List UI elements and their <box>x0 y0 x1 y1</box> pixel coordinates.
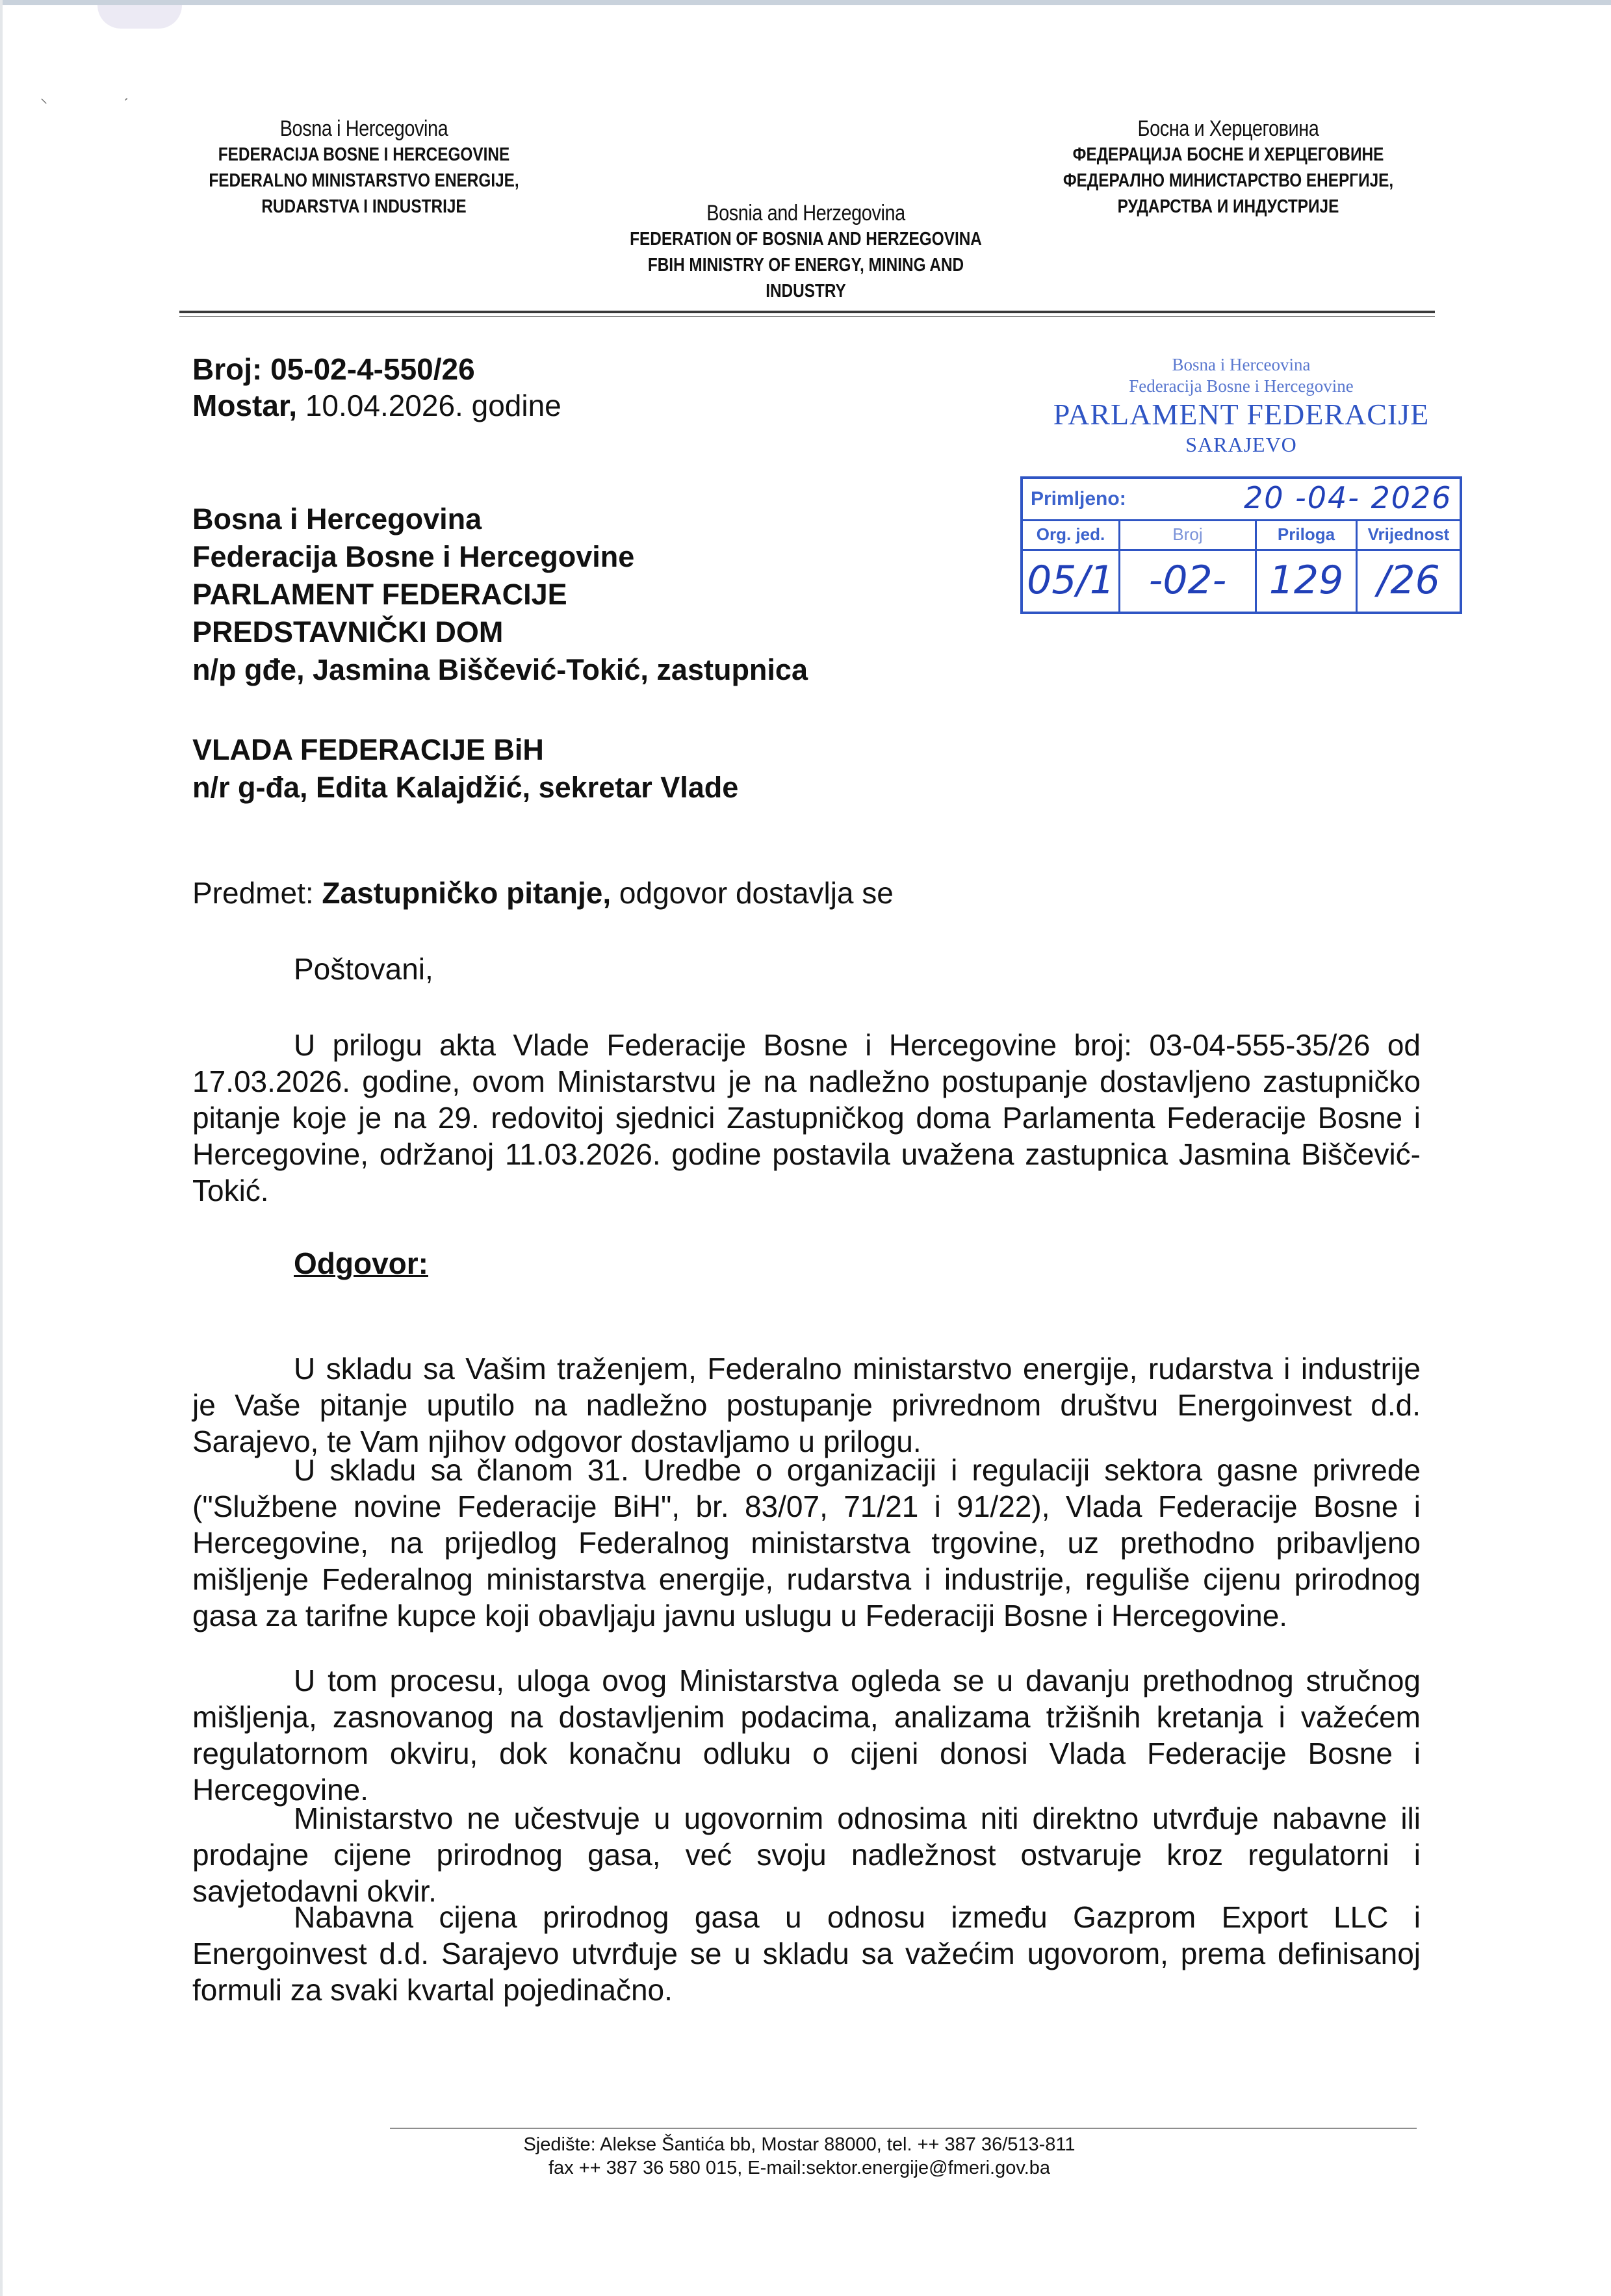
reference-number: 05-02-4-550/26 <box>270 352 475 386</box>
stamp-col-value: 05/1 <box>1023 551 1118 610</box>
scan-smudge <box>97 5 182 29</box>
reference-block: Broj: 05-02-4-550/26 Mostar, 10.04.2026.… <box>192 351 561 424</box>
letterhead-country: Bosna i Hercegovina <box>193 116 535 142</box>
stamp-received-date: 20 -04- 2026 <box>1244 480 1452 515</box>
stamp-col-value: 129 <box>1257 551 1356 610</box>
subject-rest: odgovor dostavlja se <box>611 876 894 910</box>
letterhead-left: Bosna i Hercegovina FEDERACIJA BOSNE I H… <box>162 116 565 220</box>
footer-contact: Sjedište: Alekse Šantića bb, Mostar 8800… <box>390 2133 1209 2180</box>
reference-date: 10.04.2026. godine <box>305 389 561 422</box>
letterhead-ministry-en-cont: INDUSTRY <box>587 278 1024 304</box>
letterhead-federation: FEDERACIJA BOSNE I HERCEGOVINE <box>195 142 534 168</box>
stamp-parliament: PARLAMENT FEDERACIJE <box>1014 397 1469 432</box>
scan-mark: ⸜ <box>40 88 47 107</box>
subject-line: Predmet: Zastupničko pitanje, odgovor do… <box>192 874 894 912</box>
recipient-line: Federacija Bosne i Hercegovine <box>192 538 808 576</box>
scan-mark: ˏ <box>123 84 128 101</box>
letterhead-ministry-cont: RUDARSTVA I INDUSTRIJE <box>195 194 534 220</box>
stamp-col-header: Vrijednost <box>1358 519 1460 551</box>
letterhead-ministry-en: FBIH MINISTRY OF ENERGY, MINING AND <box>587 252 1024 278</box>
stamp-col-number: Broj -02- <box>1120 519 1257 612</box>
answer-paragraph: Nabavna cijena prirodnog gasa u odnosu i… <box>192 1899 1421 2008</box>
recipient-parliament: Bosna i Hercegovina Federacija Bosne i H… <box>192 500 808 689</box>
footer-fax-email: fax ++ 387 36 580 015, E-mail:sektor.ene… <box>390 2156 1209 2180</box>
stamp-federation: Federacija Bosne i Hercegovine <box>1014 375 1469 397</box>
stamp-col-value: /26 <box>1358 551 1460 610</box>
intro-paragraph: U prilogu akta Vlade Federacije Bosne i … <box>192 1027 1421 1209</box>
letterhead-divider-thin <box>179 316 1435 317</box>
recipient-government: VLADA FEDERACIJE BiH n/r g-đa, Edita Kal… <box>192 731 738 806</box>
stamp-country: Bosna i Herceovina <box>1014 354 1469 375</box>
letterhead-federation-cyr: ФЕДЕРАЦИЈА БОСНЕ И ХЕРЦЕГОВИНЕ <box>1005 142 1452 168</box>
stamp-city: SARAJEVO <box>1014 432 1469 457</box>
subject-title: Zastupničko pitanje, <box>322 876 611 910</box>
received-stamp: Bosna i Herceovina Federacija Bosne i He… <box>1014 354 1469 457</box>
answer-paragraph: U skladu sa članom 31. Uredbe o organiza… <box>192 1452 1421 1634</box>
subject-label: Predmet: <box>192 876 314 910</box>
letterhead-ministry-cyr: ФЕДЕРАЛНО МИНИСТАРСТВО ЕНЕРГИЈЕ, <box>1005 168 1452 194</box>
reference-number-label: Broj: <box>192 352 262 386</box>
recipient-line: PARLAMENT FEDERACIJE <box>192 576 808 613</box>
stamp-col-header: Org. jed. <box>1023 519 1118 551</box>
letterhead-ministry: FEDERALNO MINISTARSTVO ENERGIJE, <box>195 168 534 194</box>
stamp-col-value-field: Vrijednost /26 <box>1358 519 1460 612</box>
stamp-col-org: Org. jed. 05/1 <box>1023 519 1120 612</box>
stamp-col-header: Broj <box>1120 519 1255 551</box>
recipient-line: Bosna i Hercegovina <box>192 500 808 538</box>
stamp-col-header: Priloga <box>1257 519 1356 551</box>
scan-edge-top <box>0 0 1611 5</box>
letterhead-divider <box>179 311 1435 313</box>
stamp-received-label: Primljeno: <box>1031 488 1126 510</box>
answer-heading: Odgovor: <box>294 1245 428 1282</box>
greeting: Poštovani, <box>294 950 433 988</box>
recipient-line: VLADA FEDERACIJE BiH <box>192 731 738 769</box>
letterhead-country-cyr: Босна и Херцеговина <box>1002 116 1455 142</box>
answer-paragraph: U tom procesu, uloga ovog Ministarstva o… <box>192 1662 1421 1808</box>
answer-paragraph: Ministarstvo ne učestvuje u ugovornim od… <box>192 1800 1421 1909</box>
letterhead-federation-en: FEDERATION OF BOSNIA AND HERZEGOVINA <box>587 226 1024 252</box>
stamp-registry-box: Primljeno: 20 -04- 2026 Org. jed. 05/1 B… <box>1020 476 1462 614</box>
scan-edge-left <box>0 0 3 2296</box>
recipient-line: n/p gđe, Jasmina Biščević-Tokić, zastupn… <box>192 651 808 689</box>
answer-paragraph: U skladu sa Vašim traženjem, Federalno m… <box>192 1350 1421 1460</box>
stamp-col-value: -02- <box>1120 551 1255 610</box>
footer-address: Sjedište: Alekse Šantića bb, Mostar 8800… <box>390 2133 1209 2156</box>
recipient-line: PREDSTAVNIČKI DOM <box>192 613 808 651</box>
stamp-col-attachments: Priloga 129 <box>1257 519 1358 612</box>
letterhead-country-en: Bosnia and Herzegovina <box>585 200 1027 226</box>
footer-divider <box>390 2128 1417 2129</box>
reference-place: Mostar, <box>192 389 297 422</box>
recipient-line: n/r g-đa, Edita Kalajdžić, sekretar Vlad… <box>192 769 738 806</box>
letterhead-ministry-cyr-cont: РУДАРСТВА И ИНДУСТРИЈЕ <box>1005 194 1452 220</box>
letterhead-right: Босна и Херцеговина ФЕДЕРАЦИЈА БОСНЕ И Х… <box>962 116 1495 220</box>
